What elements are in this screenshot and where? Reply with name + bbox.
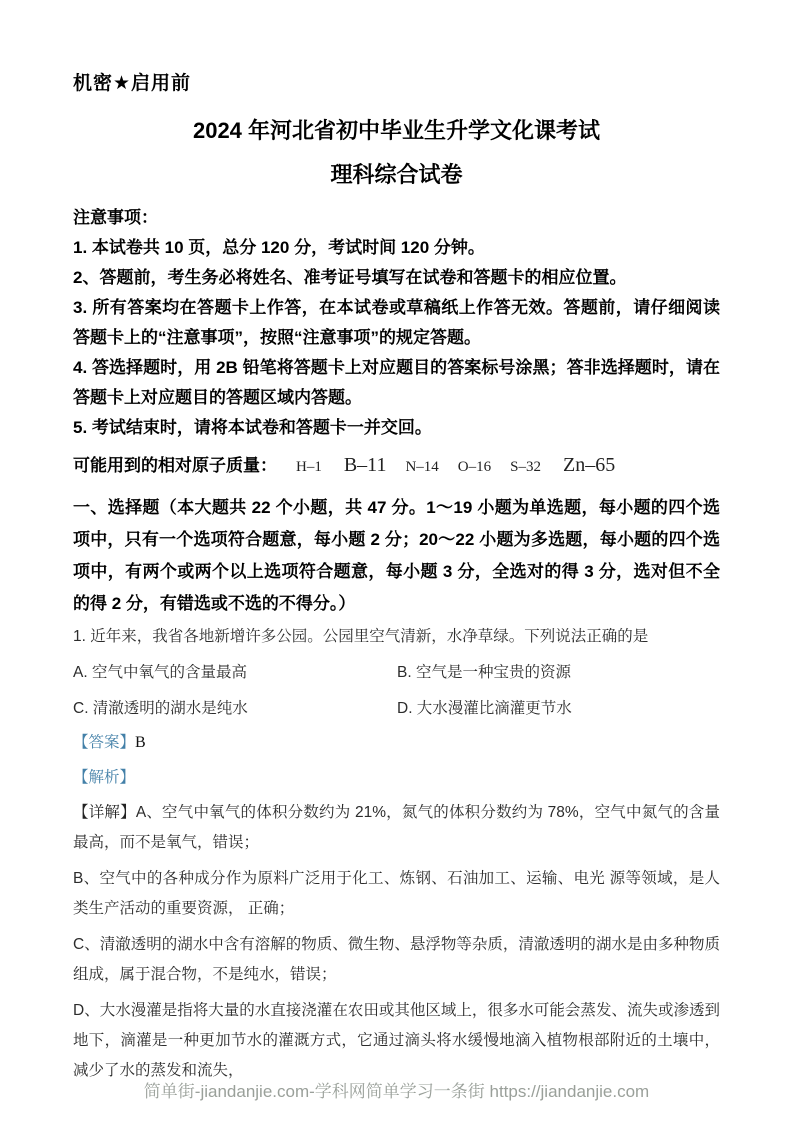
question-1-stem: 1. 近年来，我省各地新增许多公园。公园里空气清新，水净草绿。下列说法正确的是 xyxy=(73,623,720,651)
atomic-mass-o: O–16 xyxy=(458,459,491,475)
atomic-mass-n: N–14 xyxy=(405,459,438,475)
watermark-footer: 简单街-jiandanjie.com-学科网简单学习一条街 https://ji… xyxy=(0,1077,793,1102)
detail-text-a: A、空气中氧气的体积分数约为 21%，氮气的体积分数约为 78%，空气中氮气的含… xyxy=(73,804,720,851)
exam-paper-page: 机密★启用前 2024 年河北省初中毕业生升学文化课考试 理科综合试卷 注意事项… xyxy=(0,0,793,1122)
detail-paragraph-d: D、大水漫灌是指将大量的水直接浇灌在农田或其他区域上，很多水可能会蒸发、流失或渗… xyxy=(73,996,720,1086)
option-d: D. 大水漫灌比滴灌更节水 xyxy=(397,696,720,722)
detail-label: 【详解】 xyxy=(73,804,136,821)
exam-title: 2024 年河北省初中毕业生升学文化课考试 xyxy=(73,117,720,145)
atomic-masses-line: 可能用到的相对原子质量：H–1B–11N–14O–16S–32Zn–65 xyxy=(73,450,720,482)
atomic-masses-label: 可能用到的相对原子质量： xyxy=(73,456,277,475)
secrecy-label: 机密★启用前 xyxy=(73,68,720,95)
option-b: B. 空气是一种宝贵的资源 xyxy=(397,660,720,686)
notices-heading: 注意事项： xyxy=(73,203,720,233)
analysis-label: 【解析】 xyxy=(73,769,135,786)
option-c: C. 清澈透明的湖水是纯水 xyxy=(73,696,397,722)
question-1-options: A. 空气中氧气的含量最高 B. 空气是一种宝贵的资源 C. 清澈透明的湖水是纯… xyxy=(73,660,720,722)
detail-paragraph-c: C、清澈透明的湖水中含有溶解的物质、微生物、悬浮物等杂质，清澈透明的湖水是由多种… xyxy=(73,930,720,990)
analysis-line: 【解析】 xyxy=(73,764,720,792)
notice-item-5: 5. 考试结束时，请将本试卷和答题卡一并交回。 xyxy=(73,413,720,443)
notice-item-2: 2、答题前，考生务必将姓名、准考证号填写在试卷和答题卡的相应位置。 xyxy=(73,263,720,293)
answer-label: 【答案】 xyxy=(73,734,135,751)
answer-line: 【答案】B xyxy=(73,729,720,757)
detail-paragraph-a: 【详解】A、空气中氧气的体积分数约为 21%，氮气的体积分数约为 78%，空气中… xyxy=(73,798,720,858)
atomic-mass-h: H–1 xyxy=(296,459,322,475)
atomic-mass-s: S–32 xyxy=(510,459,541,475)
notice-item-1: 1. 本试卷共 10 页，总分 120 分，考试时间 120 分钟。 xyxy=(73,233,720,263)
detail-paragraph-b: B、空气中的各种成分作为原料广泛用于化工、炼钢、石油加工、运输、电光 源等领域，… xyxy=(73,864,720,924)
notice-item-3: 3. 所有答案均在答题卡上作答，在本试卷或草稿纸上作答无效。答题前，请仔细阅读答… xyxy=(73,293,720,353)
atomic-mass-zn: Zn–65 xyxy=(563,454,615,476)
section-heading: 一、选择题（本大题共 22 个小题，共 47 分。1～19 小题为单选题，每小题… xyxy=(73,492,720,620)
option-a: A. 空气中氧气的含量最高 xyxy=(73,660,397,686)
notice-item-4: 4. 答选择题时，用 2B 铅笔将答题卡上对应题目的答案标号涂黑；答非选择题时，… xyxy=(73,353,720,413)
atomic-mass-b: B–11 xyxy=(344,454,387,476)
exam-subtitle: 理科综合试卷 xyxy=(73,161,720,189)
answer-value: B xyxy=(135,734,146,751)
